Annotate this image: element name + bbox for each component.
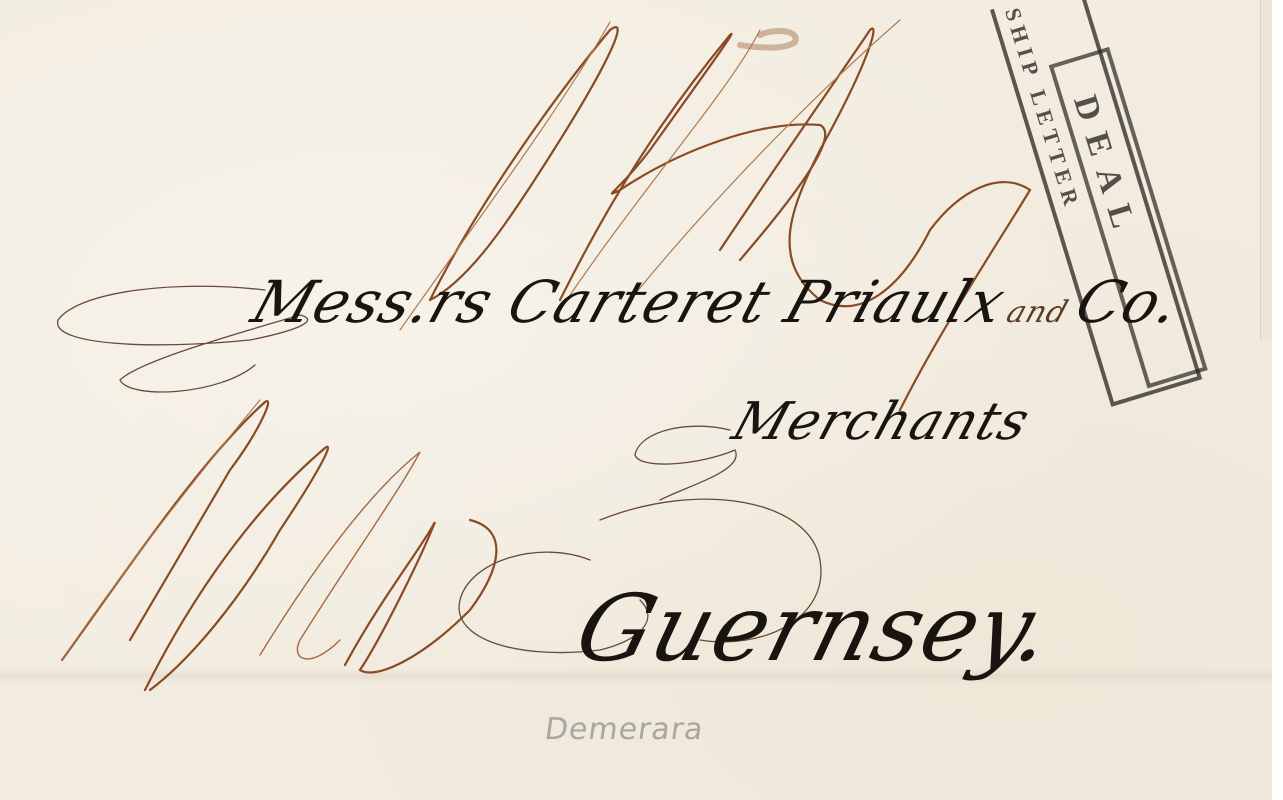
letter-cover: SHIP LETTER DEAL Mess.rs Carteret Priaul… [0, 0, 1272, 800]
flourish-line2 [635, 426, 736, 500]
upper-rate-mark-stroke-3 [720, 29, 1030, 411]
address-line-1: Mess.rs Carteret PriaulxandCo. [244, 268, 1189, 336]
upper-rate-mark-stroke-1 [430, 27, 618, 300]
address-and: and [1002, 295, 1073, 330]
lower-left-rate-mark [62, 401, 268, 660]
pencil-annotation: Demerara [543, 712, 707, 747]
addressee-name: Mess.rs Carteret Priaulx [244, 268, 1014, 336]
address-line-2: Merchants [725, 392, 1037, 452]
address-line-3: Guernsey. [566, 575, 1065, 682]
